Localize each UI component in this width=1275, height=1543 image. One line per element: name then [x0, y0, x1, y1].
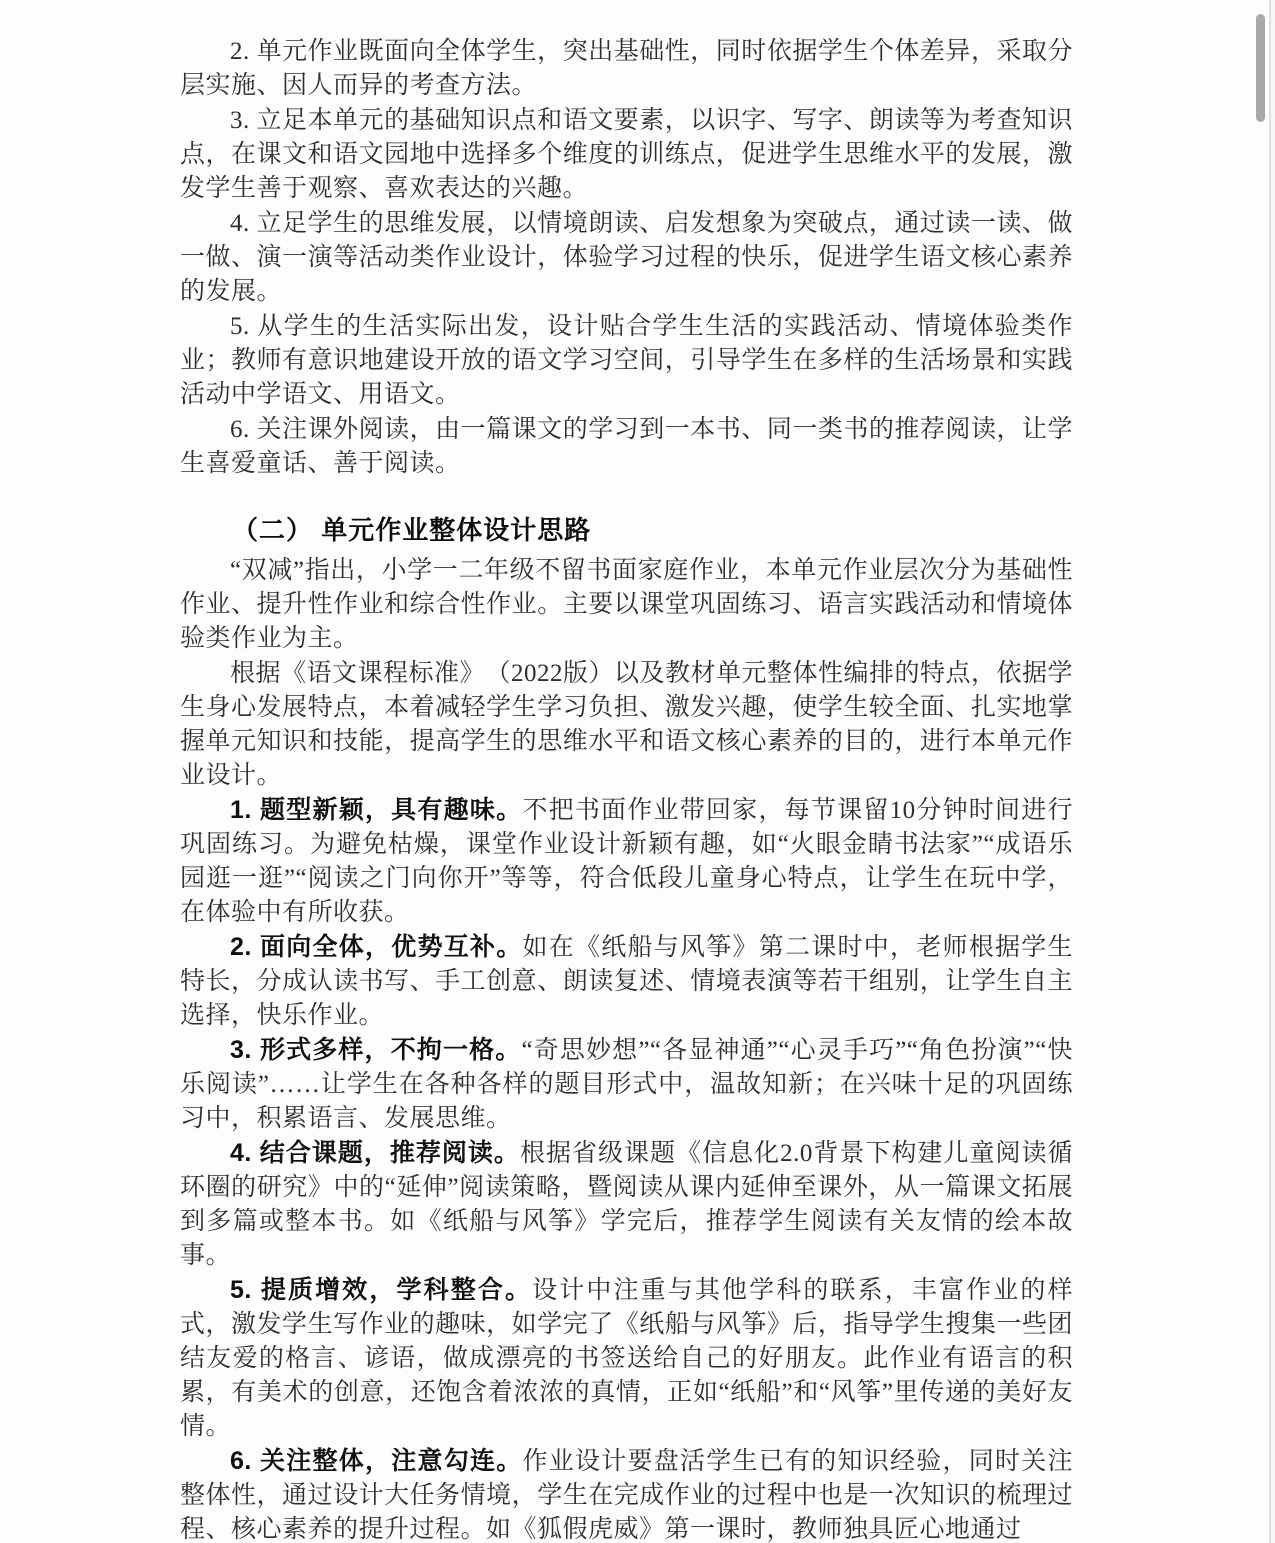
- document-page: 2. 单元作业既面向全体学生，突出基础性，同时依据学生个体差异，采取分层实施、因…: [0, 0, 1275, 1543]
- paragraph-text: 6. 关注课外阅读，由一篇课文的学习到一本书、同一类书的推荐阅读，让学生喜爱童话…: [180, 416, 1073, 477]
- paragraph: “双减”指出，小学一二年级不留书面家庭作业，本单元作业层次分为基础性作业、提升性…: [180, 553, 1073, 656]
- paragraph: 根据《语文课程标准》 （2022版）以及教材单元整体性编排的特点，依据学生身心发…: [180, 656, 1073, 793]
- paragraph: 5. 提质增效，学科整合。设计中注重与其他学科的联系，丰富作业的样式，激发学生写…: [180, 1273, 1073, 1444]
- paragraph-lead: 2. 面向全体，优势互补。: [230, 933, 523, 961]
- paragraph-text: “双减”指出，小学一二年级不留书面家庭作业，本单元作业层次分为基础性作业、提升性…: [180, 557, 1073, 652]
- scrollbar-track[interactable]: [1271, 0, 1275, 1543]
- section-heading: （二） 单元作业整体设计思路: [180, 513, 1073, 547]
- paragraph: 4. 结合课题，推荐阅读。根据省级课题《信息化2.0背景下构建儿童阅读循环圈的研…: [180, 1136, 1073, 1273]
- paragraph: 2. 面向全体，优势互补。如在《纸船与风筝》第二课时中，老师根据学生特长，分成认…: [180, 930, 1073, 1033]
- paragraph-text: 5. 从学生的生活实际出发，设计贴合学生生活的实践活动、情境体验类作业；教师有意…: [180, 313, 1073, 408]
- paragraph: 3. 形式多样，不拘一格。“奇思妙想”“各显神通”“心灵手巧”“角色扮演”“快乐…: [180, 1033, 1073, 1136]
- paragraph-lead: 3. 形式多样，不拘一格。: [230, 1036, 521, 1064]
- paragraph: 4. 立足学生的思维发展，以情境朗读、启发想象为突破点，通过读一读、做一做、演一…: [180, 206, 1073, 309]
- paragraph-text: 3. 立足本单元的基础知识点和语文要素，以识字、写字、朗读等为考查知识点，在课文…: [180, 107, 1073, 202]
- paragraph-lead: 1. 题型新颖，具有趣味。: [230, 796, 522, 824]
- paragraph-text: 2. 单元作业既面向全体学生，突出基础性，同时依据学生个体差异，采取分层实施、因…: [180, 38, 1073, 99]
- document-body: 2. 单元作业既面向全体学生，突出基础性，同时依据学生个体差异，采取分层实施、因…: [180, 34, 1073, 1543]
- paragraph: 6. 关注课外阅读，由一篇课文的学习到一本书、同一类书的推荐阅读，让学生喜爱童话…: [180, 412, 1073, 481]
- paragraph-text: 4. 立足学生的思维发展，以情境朗读、启发想象为突破点，通过读一读、做一做、演一…: [180, 210, 1073, 305]
- paragraph: 2. 单元作业既面向全体学生，突出基础性，同时依据学生个体差异，采取分层实施、因…: [180, 34, 1073, 103]
- paragraph-lead: 4. 结合课题，推荐阅读。: [230, 1139, 520, 1167]
- paragraph-lead: 6. 关注整体，注意勾连。: [230, 1447, 523, 1475]
- paragraph: 5. 从学生的生活实际出发，设计贴合学生生活的实践活动、情境体验类作业；教师有意…: [180, 309, 1073, 412]
- paragraph: 1. 题型新颖，具有趣味。不把书面作业带回家，每节课留10分钟时间进行巩固练习。…: [180, 793, 1073, 930]
- paragraph-text: 根据《语文课程标准》 （2022版）以及教材单元整体性编排的特点，依据学生身心发…: [180, 660, 1073, 789]
- paragraph: 6. 关注整体，注意勾连。作业设计要盘活学生已有的知识经验，同时关注整体性，通过…: [180, 1444, 1073, 1543]
- paragraph-lead: 5. 提质增效，学科整合。: [230, 1276, 532, 1304]
- paragraph: 3. 立足本单元的基础知识点和语文要素，以识字、写字、朗读等为考查知识点，在课文…: [180, 103, 1073, 206]
- scrollbar-thumb[interactable]: [1256, 14, 1265, 122]
